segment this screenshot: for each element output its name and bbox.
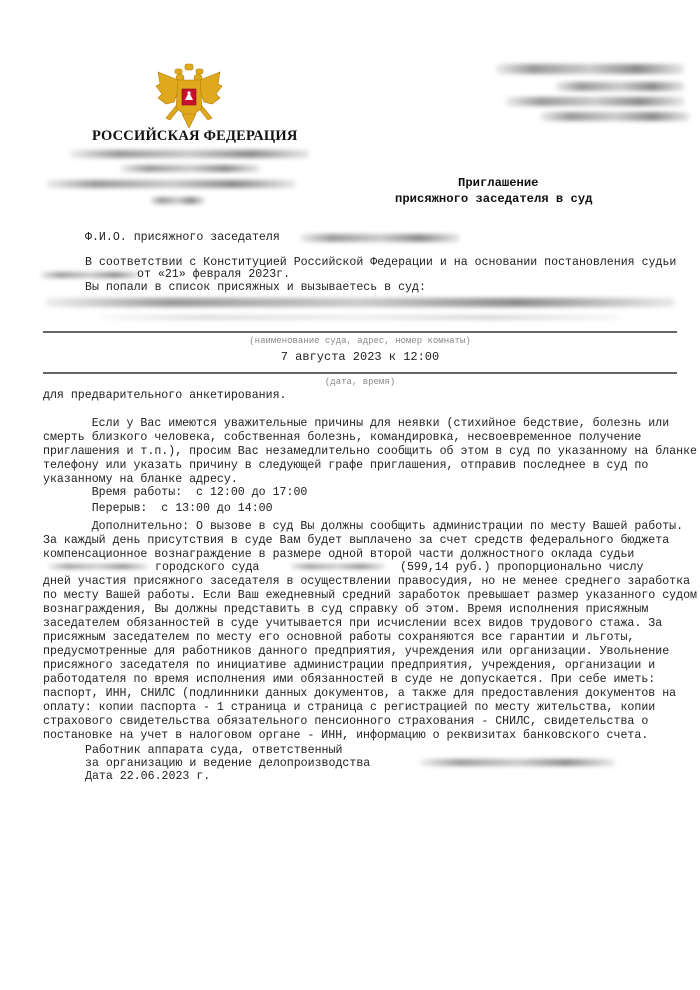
redacted-city-name	[48, 564, 148, 569]
absence-line: приглашения и т.п.), просим Вас незамедл…	[43, 445, 697, 459]
redacted-city-name	[290, 564, 385, 569]
additional-line: За каждый день присутствия в суде Вам бу…	[43, 534, 669, 548]
document-title-line1: Приглашение	[458, 176, 538, 190]
absence-line: указанному на бланке адресу.	[43, 473, 238, 487]
document-title-line2: присяжного заседателя в суд	[395, 192, 592, 206]
signature-line2: за организацию и ведение делопроизводств…	[85, 757, 370, 771]
additional-line: присяжным заседателем по месту его основ…	[43, 631, 634, 645]
intro-line2: от «21» февраля 2023г.	[137, 268, 290, 282]
redacted-recipient	[540, 112, 690, 121]
redacted-court-info	[100, 315, 620, 320]
juror-name-label: Ф.И.О. присяжного заседателя	[85, 231, 280, 245]
compensation-amount: (599,14 руб.) пропорционально числу	[400, 561, 644, 575]
country-name: РОССИЙСКАЯ ФЕДЕРАЦИЯ	[92, 128, 298, 145]
redacted-court-name	[120, 165, 260, 172]
additional-line: Дополнительно: О вызове в суд Вы должны …	[43, 520, 683, 534]
appointment-datetime: 7 августа 2023 к 12:00	[43, 350, 677, 364]
signature-line1: Работник аппарата суда, ответственный	[85, 744, 342, 758]
redacted-court-phone	[150, 197, 205, 204]
signature-date: Дата 22.06.2023 г.	[85, 770, 210, 784]
redacted-recipient	[505, 97, 685, 106]
redacted-court-name	[70, 150, 310, 158]
court-caption: (наименование суда, адрес, номер комнаты…	[43, 336, 677, 346]
redacted-judge-name	[40, 272, 140, 278]
additional-line: дней участия присяжного заседателя в осу…	[43, 575, 690, 589]
court-type: городского суда	[155, 561, 259, 575]
absence-line: телефону или указать причину в следующей…	[43, 459, 648, 473]
absence-line: смерть близкого человека, собственная бо…	[43, 431, 641, 445]
break-hours: Перерыв: с 13:00 до 14:00	[43, 502, 273, 516]
additional-line: паспорт, ИНН, СНИЛС (подлинники данных д…	[43, 687, 676, 701]
redacted-recipient	[495, 64, 685, 74]
redacted-juror-name	[300, 234, 460, 242]
redacted-court-info	[45, 298, 675, 307]
absence-line: Если у Вас имеются уважительные причины …	[43, 417, 669, 431]
additional-line: вознаграждения, Вы должны представить в …	[43, 603, 648, 617]
redacted-signature-name	[420, 759, 615, 766]
appointment-purpose: для предварительного анкетирования.	[43, 389, 287, 403]
additional-line: заседателем обязанностей в суде учитывае…	[43, 617, 662, 631]
additional-line: работодателя по время исполнения ими обя…	[43, 673, 655, 687]
coat-of-arms-icon	[154, 62, 224, 130]
additional-line: предусмотренные для работников данного п…	[43, 645, 669, 659]
additional-line: по месту Вашей работы. Если Ваш ежедневн…	[43, 589, 697, 603]
additional-line: оплату: копии паспорта - 1 страница и ст…	[43, 701, 655, 715]
redacted-court-address	[46, 180, 296, 188]
work-hours: Время работы: с 12:00 до 17:00	[43, 486, 307, 500]
intro-line3: Вы попали в список присяжных и вызываете…	[85, 281, 426, 295]
datetime-caption: (дата, время)	[43, 377, 677, 387]
additional-line: присяжного заседателя по инициативе адми…	[43, 659, 655, 673]
additional-line: страхового свидетельства обязательного п…	[43, 715, 648, 729]
additional-line: постановке на учет в налоговом органе - …	[43, 729, 648, 743]
court-underline	[43, 331, 677, 333]
additional-line: компенсационное вознаграждение в размере…	[43, 548, 634, 562]
datetime-underline	[43, 372, 677, 374]
redacted-recipient	[555, 82, 685, 91]
